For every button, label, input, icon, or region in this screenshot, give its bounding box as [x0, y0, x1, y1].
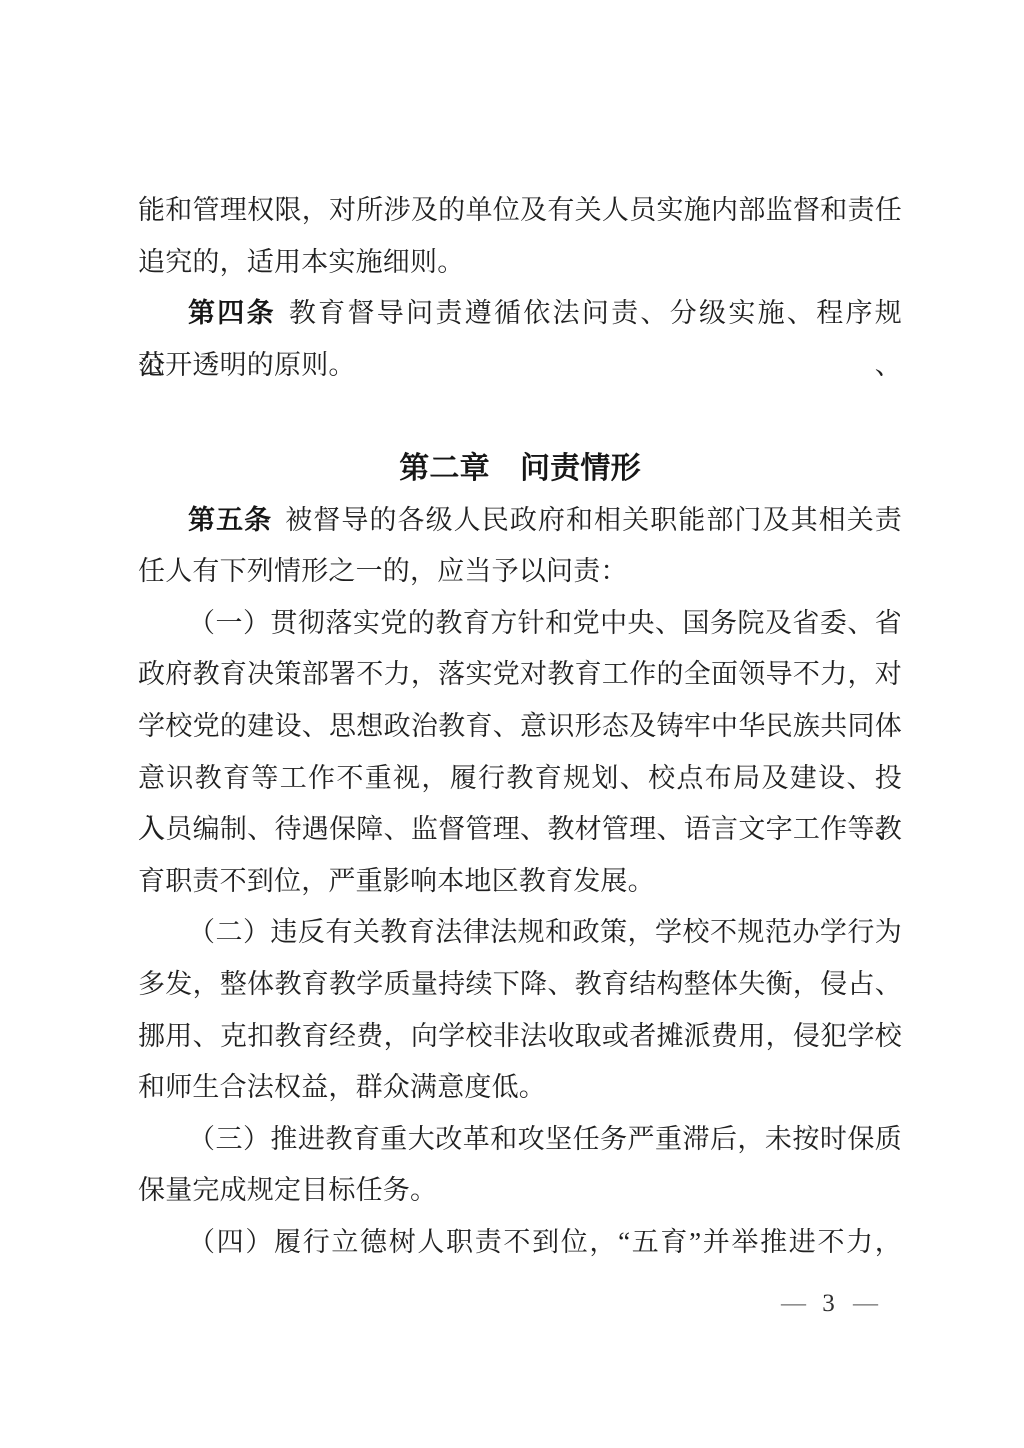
text-line: 政府教育决策部署不力，落实党对教育工作的全面领导不力，对 [138, 649, 902, 701]
line-text: 人员编制、待遇保障、监督管理、教材管理、语言文字工作等教 [138, 814, 902, 844]
text-line: 意识教育等工作不重视，履行教育规划、校点布局及建设、投入、 [138, 753, 902, 805]
line-text: 育职责不到位，严重影响本地区教育发展。 [138, 866, 655, 896]
text-line: 学校党的建设、思想政治教育、意识形态及铸牢中华民族共同体 [138, 701, 902, 753]
text-line: 育职责不到位，严重影响本地区教育发展。 [138, 856, 902, 908]
article-number-label: 第五条 [188, 505, 272, 535]
page-number-dash-right: — [853, 1288, 876, 1320]
article-number-label: 第四条 [188, 298, 276, 328]
line-text: 多发，整体教育教学质量持续下降、教育结构整体失衡，侵占、 [138, 969, 902, 999]
line-text: 被督导的各级人民政府和相关职能部门及其相关责 [285, 505, 902, 535]
line-text: （一）贯彻落实党的教育方针和党中央、国务院及省委、省 [188, 608, 902, 638]
line-text: 挪用、克扣教育经费，向学校非法收取或者摊派费用，侵犯学校 [138, 1021, 902, 1051]
line-text: 和师生合法权益，群众满意度低。 [138, 1072, 546, 1102]
text-line: 第四条教育督导问责遵循依法问责、分级实施、程序规范、 [138, 288, 902, 340]
line-text: 保量完成规定目标任务。 [138, 1175, 437, 1205]
line-text: 政府教育决策部署不力，落实党对教育工作的全面领导不力，对 [138, 659, 902, 689]
line-text: 任人有下列情形之一的，应当予以问责： [138, 556, 628, 586]
text-line: 保量完成规定目标任务。 [138, 1165, 902, 1217]
text-line: 任人有下列情形之一的，应当予以问责： [138, 546, 902, 598]
text-line: （二）违反有关教育法律法规和政策，学校不规范办学行为 [138, 907, 902, 959]
text-line: 能和管理权限，对所涉及的单位及有关人员实施内部监督和责任 [138, 185, 902, 237]
page-number: 3 [822, 1288, 835, 1320]
page-number-dash-left: — [781, 1288, 804, 1320]
text-line: 和师生合法权益，群众满意度低。 [138, 1062, 902, 1114]
text-line: 多发，整体教育教学质量持续下降、教育结构整体失衡，侵占、 [138, 959, 902, 1011]
text-line: （四）履行立德树人职责不到位，“五育”并举推进不力， [138, 1217, 902, 1269]
document-page: 能和管理权限，对所涉及的单位及有关人员实施内部监督和责任追究的，适用本实施细则。… [0, 0, 1024, 1448]
line-text: 能和管理权限，对所涉及的单位及有关人员实施内部监督和责任 [138, 195, 902, 225]
chapter-heading: 第二章 问责情形 [138, 443, 902, 495]
text-line: （一）贯彻落实党的教育方针和党中央、国务院及省委、省 [138, 598, 902, 650]
text-line: 挪用、克扣教育经费，向学校非法收取或者摊派费用，侵犯学校 [138, 1011, 902, 1063]
text-line: 人员编制、待遇保障、监督管理、教材管理、语言文字工作等教 [138, 804, 902, 856]
chapter-heading-text: 第二章 问责情形 [399, 452, 641, 485]
text-line: （三）推进教育重大改革和攻坚任务严重滞后，未按时保质 [138, 1114, 902, 1166]
line-text: 追究的，适用本实施细则。 [138, 247, 464, 277]
line-text: 公开透明的原则。 [138, 350, 356, 380]
text-line: 第五条被督导的各级人民政府和相关职能部门及其相关责 [138, 495, 902, 547]
line-text: （二）违反有关教育法律法规和政策，学校不规范办学行为 [188, 917, 902, 947]
line-text: 学校党的建设、思想政治教育、意识形态及铸牢中华民族共同体 [138, 711, 902, 741]
text-line: 追究的，适用本实施细则。 [138, 237, 902, 289]
document-body: 能和管理权限，对所涉及的单位及有关人员实施内部监督和责任追究的，适用本实施细则。… [138, 185, 902, 1268]
page-footer: — 3 — [781, 1288, 876, 1320]
line-text: （四）履行立德树人职责不到位，“五育”并举推进不力， [188, 1227, 902, 1257]
line-text: （三）推进教育重大改革和攻坚任务严重滞后，未按时保质 [188, 1124, 902, 1154]
